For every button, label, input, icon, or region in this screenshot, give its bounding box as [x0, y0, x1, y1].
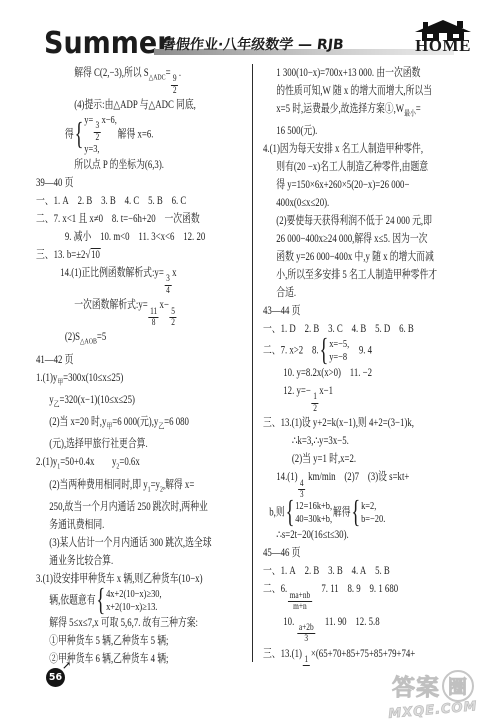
page-range-label: 41—42 页 — [36, 351, 251, 369]
denominator: 2 — [171, 318, 175, 328]
denominator: 4 — [166, 286, 170, 296]
answer-line: 一、1. A 2. B 3. B 4. C 5. B 6. C — [36, 192, 251, 210]
answer-line: 二、7. x<1 且 x≠0 8. t=−6h+20 一次函数 — [36, 210, 251, 228]
t: (2)当两种费用相同时,即 y — [49, 479, 147, 491]
denominator: 8 — [152, 318, 156, 328]
t: =6 080 — [164, 416, 189, 428]
denominator: m+n — [293, 602, 307, 612]
answer-line: 得 y=150×6x+260×5(20−x)=26 000− — [263, 176, 486, 194]
fraction: 12 — [312, 392, 319, 414]
t: 10. — [283, 616, 296, 628]
subscript: 最小 — [404, 108, 416, 117]
brace: { — [74, 120, 83, 151]
t: 2.(1)y — [36, 456, 57, 468]
answer-line: 三、13. b=±2√10 — [36, 246, 251, 264]
t: =300x(10≤x≤25) — [63, 372, 123, 384]
fraction: 110 — [303, 655, 310, 666]
column-divider — [252, 64, 253, 662]
fraction: 43 — [298, 479, 305, 501]
system-row: k=2, — [361, 500, 385, 513]
t: 解得 C(2,−3),所以 S — [74, 67, 148, 79]
system-rows: 4x+2(10−x)≥30,x+2(10−x)≥13. — [106, 588, 162, 614]
t: b,则 — [269, 507, 284, 519]
answer-line: 14.(1)正比例函数解析式:y=34x — [36, 264, 251, 296]
radicand: 10 — [90, 248, 100, 261]
answer-line: 3.(1)设安排甲种货车 x 辆,则乙种货车(10−x) — [36, 570, 251, 588]
answer-line: 10. a+2b3 11. 90 12. 5.8 — [263, 613, 486, 645]
answer-line: 小,所以至多安排 5 名工人制造甲种零件才 — [263, 266, 486, 284]
answer-line: 三、13.(1)110×(65+70+85+75+85+79+74+ — [263, 645, 486, 666]
system-row: x+2(10−x)≥13. — [106, 601, 162, 614]
numerator: 3 — [165, 274, 172, 285]
t: = — [166, 67, 171, 79]
page-range-label: 39—40 页 — [36, 174, 251, 192]
answer-line: 1 300(10−x)=700x+13 000. 由一次函数 — [263, 64, 486, 82]
numerator: 1 — [312, 392, 319, 403]
t: 14.(1) — [276, 471, 297, 483]
denominator: 3 — [300, 490, 304, 500]
t: ×(65+70+85+75+85+79+74+ — [311, 648, 415, 660]
t: 解得 — [333, 507, 351, 519]
equation-system: {k=2,b=−20. — [351, 500, 385, 526]
t: ,解得 x= — [163, 479, 194, 491]
t: 解得 x=6. — [118, 129, 154, 141]
answer-line: 则有(20 −x)名工人制造乙种零件,由题意 — [263, 158, 486, 176]
t: 二、7. x>2 8. — [263, 345, 319, 357]
brace: { — [96, 585, 105, 616]
numerator: 4 — [298, 479, 305, 490]
t: (2)S — [65, 331, 80, 343]
numerator: 11 — [149, 307, 159, 318]
system-row: x=−5, — [329, 338, 349, 351]
t: =50+0.4x y — [60, 456, 116, 468]
t: =0.6x — [119, 456, 139, 468]
t: x−6, — [102, 114, 117, 126]
brand-title: Summer — [44, 26, 171, 61]
answer-line: (元),选择甲旅行社更合算. — [36, 435, 251, 453]
watermark-circle-icon: 圈 — [442, 670, 474, 702]
t: x− — [160, 299, 169, 311]
numerator: 9 — [171, 74, 178, 85]
watermark: 答案圈 MXQE.COM — [368, 669, 498, 718]
t: =5 — [97, 331, 106, 343]
t: 7. 11 8. 9 9. 1 680 — [313, 583, 399, 595]
t: . — [179, 67, 181, 79]
brace: { — [285, 498, 294, 529]
answer-line: 三、13.(1)设 y+2=k(x−1),则 4+2=(3−1)k, — [263, 414, 486, 432]
answer-line: ①甲种货车 5 辆,乙种货车 5 辆; — [36, 632, 251, 650]
system-rows: x=−5,y=−8 — [329, 338, 349, 364]
subscript: △AOB — [80, 337, 97, 346]
t: 11. 90 12. 5.8 — [316, 616, 380, 628]
t: 辆,依题意有 — [49, 594, 95, 606]
answer-line: 一次函数解析式:y=118x−52 — [36, 296, 251, 328]
t: x=5 时,运费最少,故选择方案①,W — [276, 103, 404, 115]
answer-line: 400x(0≤x≤20). — [263, 194, 486, 212]
answer-line: 解得 C(2,−3),所以 S△ADC=92. — [36, 64, 251, 96]
answer-line: (2)S△AOB=5 — [36, 328, 251, 350]
numerator: 1 — [303, 655, 310, 666]
system-row: y=3, — [84, 143, 117, 156]
fraction: 118 — [149, 307, 159, 329]
system-row: 4x+2(10−x)≥30, — [106, 588, 162, 601]
answer-line: 12. y=−12x−1 — [263, 382, 486, 414]
t: y= — [84, 114, 93, 126]
t: 三、13. b=±2 — [36, 249, 85, 261]
t: 得 — [65, 129, 74, 141]
denominator: 2 — [313, 404, 317, 414]
answer-line: (2)当 x=20 时,y甲=6 000(元),y乙=6 080 — [36, 413, 251, 435]
answer-line: 合适. — [263, 284, 486, 302]
sqrt-sign: √ — [85, 249, 90, 261]
brace: { — [351, 498, 360, 529]
right-column: 1 300(10−x)=700x+13 000. 由一次函数 的性质可知,W 随… — [263, 64, 486, 666]
system-rows: k=2,b=−20. — [361, 500, 385, 526]
answer-line: 9. 减小 10. m<0 11. 3<x<6 12. 20 — [36, 228, 251, 246]
answer-line: (4)提示:由△ADP 与△ADC 同底, — [36, 96, 251, 114]
answer-line: (2)当两种费用相同时,即 y1=y2,解得 x= — [36, 476, 251, 498]
brace: { — [319, 336, 328, 367]
answer-line: b,则{12=16k+b,40=30k+b,解得{k=2,b=−20. — [263, 500, 486, 526]
t: 9. 4 — [350, 345, 372, 357]
system-row: b=−20. — [361, 513, 385, 526]
fraction: 92 — [171, 74, 178, 96]
answer-line: ∴s=2t−20(16≤t≤30). — [263, 526, 486, 544]
t: = — [416, 103, 421, 115]
answer-line: 通业务比较合算. — [36, 552, 251, 570]
numerator: ma+nb — [288, 591, 312, 602]
answer-line: 一、1. D 2. B 3. C 4. B 5. D 6. B — [263, 320, 486, 338]
page-range-label: 45—46 页 — [263, 544, 486, 562]
answer-line: 26 000−400x≥24 000,解得 x≤5. 因为一次 — [263, 230, 486, 248]
fraction: 32 — [94, 121, 101, 143]
answer-line: (2)要使每天获得利润不低于 24 000 元,即 — [263, 212, 486, 230]
answer-line: 的性质可知,W 随 x 的增大而增大,所以当 — [263, 82, 486, 100]
denominator: 3 — [304, 634, 308, 644]
answer-line: 10. y=8.2x(x>0) 11. −2 — [263, 364, 486, 382]
system-row: y=32x−6, — [84, 114, 117, 143]
left-column: 解得 C(2,−3),所以 S△ADC=92. (4)提示:由△ADP 与△AD… — [36, 64, 251, 666]
answer-line: 得{y=32x−6,y=3,解得 x=6. — [36, 114, 251, 156]
t: =y — [151, 479, 160, 491]
answer-book-page: Summer 暑假作业·八年级数学 — RJB HOME 解得 C(2,−3),… — [0, 0, 500, 721]
page-range-label: 43—44 页 — [263, 302, 486, 320]
t: (2)当 x=20 时,y — [49, 416, 106, 428]
subscript: △ADC — [149, 72, 166, 81]
equation-system: {x=−5,y=−8 — [319, 338, 349, 364]
t: 二、6. — [263, 583, 287, 595]
system-rows: 12=16k+b,40=30k+b, — [295, 500, 332, 526]
answer-line: 250,故当一个月内通话 250 跳次时,两种业 — [36, 498, 251, 516]
answer-line: ∴k=3,∴y=3x−5. — [263, 432, 486, 450]
answer-line: (3)某人估计一个月内通话 300 跳次,选全球 — [36, 534, 251, 552]
watermark-title: 答案圈 — [368, 669, 498, 702]
answer-line: 解得 5≤x≤7,x 可取 5,6,7. 故有三种方案: — [36, 614, 251, 632]
denominator: 2 — [173, 86, 177, 96]
answer-line: 4.(1)因为每天安排 x 名工人制造甲种零件, — [263, 140, 486, 158]
t: 一次函数解析式:y= — [74, 299, 148, 311]
answer-line: (2)当 y=1 时,x=2. — [263, 450, 486, 468]
system-row: 12=16k+b, — [295, 500, 332, 513]
home-logo-text: HOME — [407, 36, 479, 56]
t: 14.(1)正比例函数解析式:y= — [60, 267, 164, 279]
t: x — [172, 267, 176, 279]
numerator: 3 — [94, 121, 101, 132]
equation-system: {12=16k+b,40=30k+b, — [285, 500, 332, 526]
t: 三、13.(1) — [263, 648, 302, 660]
answer-line: 16 500(元). — [263, 122, 486, 140]
fraction: 52 — [170, 307, 177, 329]
answer-line: 一、1. A 2. B 3. B 4. A 5. B — [263, 562, 486, 580]
answer-line: 二、6.ma+nbm+n 7. 11 8. 9 9. 1 680 — [263, 580, 486, 612]
system-row: 40=30k+b, — [295, 513, 332, 526]
fraction: 34 — [165, 274, 172, 296]
t: 答案 — [392, 669, 440, 702]
answer-line: 辆,依题意有{4x+2(10−x)≥30,x+2(10−x)≥13. — [36, 588, 251, 614]
t: x−1 — [319, 385, 333, 397]
denominator: 2 — [96, 133, 100, 143]
equation-system: {4x+2(10−x)≥30,x+2(10−x)≥13. — [96, 588, 161, 614]
system-row: y=−8 — [329, 351, 349, 364]
equation-system: {y=32x−6,y=3, — [74, 114, 116, 156]
t: =6 000(元),y — [112, 416, 158, 428]
answer-line: 二、7. x>2 8.{x=−5,y=−8 9. 4 — [263, 338, 486, 364]
system-rows: y=32x−6,y=3, — [84, 114, 117, 156]
numerator: 5 — [170, 307, 177, 318]
answer-line: 1.(1)y甲=300x(10≤x≤25) — [36, 369, 251, 391]
answer-line: 务通讯费相同. — [36, 516, 251, 534]
t: km/min (2)7 (3)设 s=kt+ — [306, 471, 409, 483]
answer-line: y乙=320(x−1)(10≤x≤25) — [36, 391, 251, 413]
t: 1.(1)y — [36, 372, 57, 384]
page-title: 暑假作业·八年级数学 — RJB — [161, 34, 345, 54]
answer-line: x=5 时,运费最少,故选择方案①,W最小= — [263, 100, 486, 122]
home-logo: HOME — [407, 19, 479, 56]
fraction: a+2b3 — [297, 623, 315, 645]
answer-line: 14.(1)43 km/min (2)7 (3)设 s=kt+ — [263, 468, 486, 500]
t: 12. y=− — [283, 385, 311, 397]
arrow-icon: ↗ — [62, 659, 71, 672]
numerator: a+2b — [297, 623, 315, 634]
t: =320(x−1)(10≤x≤25) — [60, 394, 135, 406]
answer-line: 2.(1)y1=50+0.4x y2=0.6x — [36, 453, 251, 475]
answer-line: 函数 y=26 000−400x 中,y 随 x 的增大而减 — [263, 248, 486, 266]
answer-line: 所以点 P 的坐标为(6,3). — [36, 156, 251, 174]
fraction: ma+nbm+n — [288, 591, 312, 613]
